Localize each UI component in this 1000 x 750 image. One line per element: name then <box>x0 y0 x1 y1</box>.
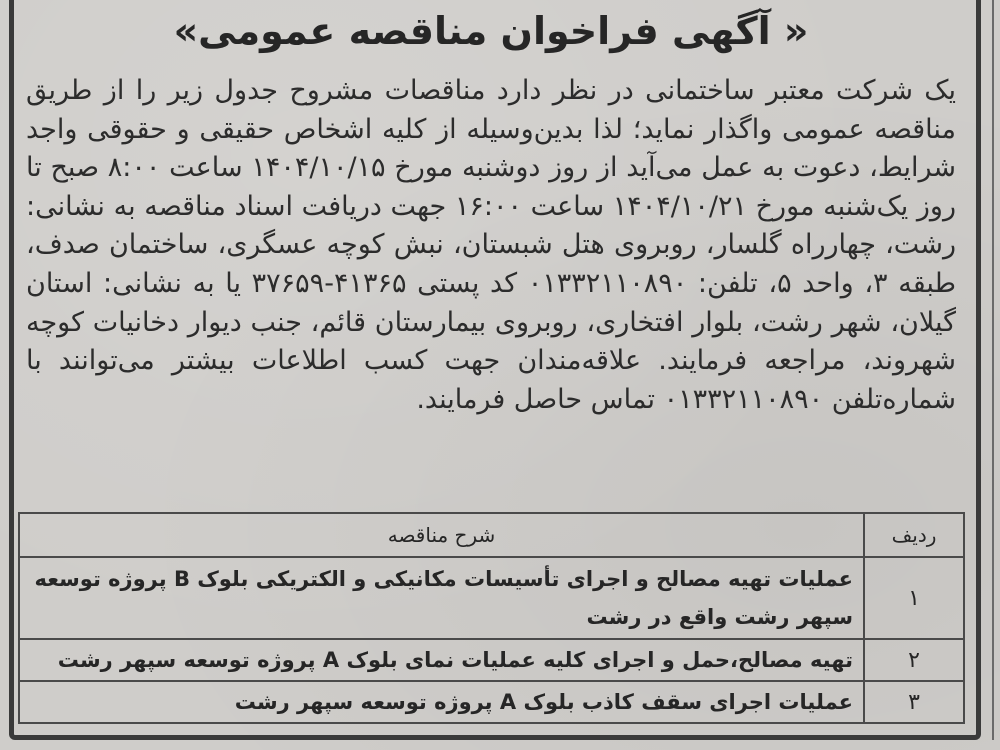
notice-body-paragraph: یک شرکت معتبر ساختمانی در نظر دارد مناقص… <box>20 72 962 419</box>
column-divider-line <box>992 0 994 740</box>
row-number-cell: ۱ <box>864 557 964 639</box>
notice-content: « آگهی فراخوان مناقصه عمومی» یک شرکت معت… <box>20 0 962 419</box>
tender-description-cell: تهیه مصالح،حمل و اجرای کلیه عملیات نمای … <box>19 639 864 681</box>
row-number-cell: ۳ <box>864 681 964 723</box>
tender-table: ردیف شرح مناقصه ۱ عملیات تهیه مصالح و اج… <box>18 512 965 724</box>
notice-title: « آگهی فراخوان مناقصه عمومی» <box>20 0 962 62</box>
newspaper-clipping: « آگهی فراخوان مناقصه عمومی» یک شرکت معت… <box>0 0 1000 750</box>
row-number-cell: ۲ <box>864 639 964 681</box>
header-tender-description: شرح مناقصه <box>19 513 864 557</box>
header-row-number: ردیف <box>864 513 964 557</box>
tender-description-cell: عملیات تهیه مصالح و اجرای تأسیسات مکانیک… <box>19 557 864 639</box>
table-row: ۱ عملیات تهیه مصالح و اجرای تأسیسات مکان… <box>19 557 964 639</box>
table-header-row: ردیف شرح مناقصه <box>19 513 964 557</box>
table-row: ۲ تهیه مصالح،حمل و اجرای کلیه عملیات نما… <box>19 639 964 681</box>
table-row: ۳ عملیات اجرای سقف کاذب بلوک A پروژه توس… <box>19 681 964 723</box>
tender-description-cell: عملیات اجرای سقف کاذب بلوک A پروژه توسعه… <box>19 681 864 723</box>
